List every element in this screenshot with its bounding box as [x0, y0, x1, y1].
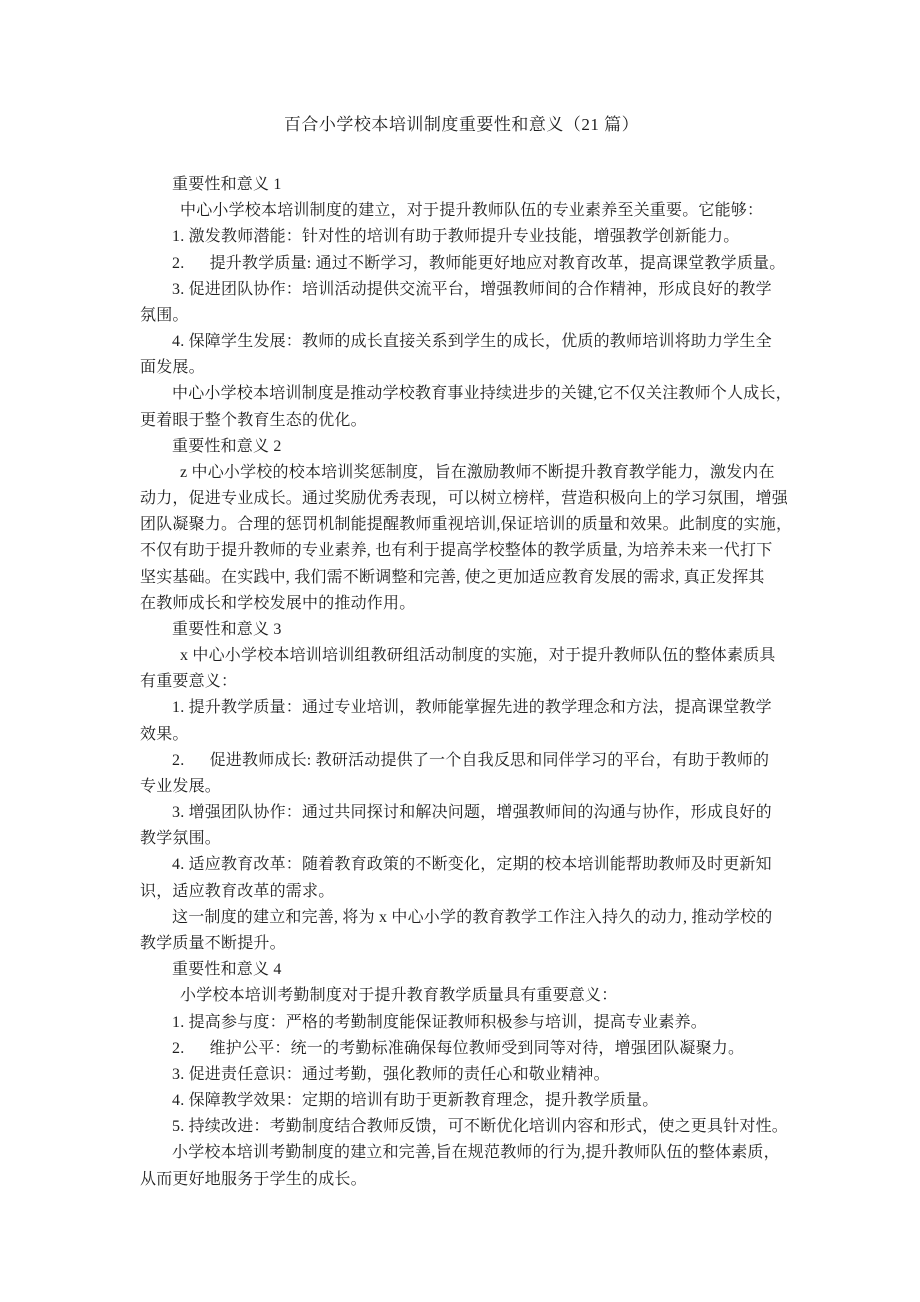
text-line[interactable]: 2. 维护公平：统一的考勤标准确保每位教师受到同等对待，增强团队凝聚力。	[140, 1036, 820, 1062]
text-line[interactable]: 专业发展。	[140, 774, 820, 800]
document-body: 重要性和意义 1中心小学校本培训制度的建立，对于提升教师队伍的专业素养至关重要。…	[140, 172, 820, 1193]
text-line[interactable]: 小学校本培训考勤制度的建立和完善,旨在规范教师的行为,提升教师队伍的整体素质，	[140, 1140, 820, 1166]
text-line[interactable]: 中心小学校本培训制度的建立，对于提升教师队伍的专业素养至关重要。它能够：	[140, 198, 820, 224]
text-line[interactable]: 1. 提高参与度：严格的考勤制度能保证教师积极参与培训，提高专业素养。	[140, 1010, 820, 1036]
document-page[interactable]: 百合小学校本培训制度重要性和意义（21 篇） 重要性和意义 1中心小学校本培训制…	[0, 0, 920, 1302]
text-line[interactable]: 2. 提升教学质量: 通过不断学习，教师能更好地应对教育改革，提高课堂教学质量。	[140, 251, 820, 277]
text-line[interactable]: 3. 促进团队协作：培训活动提供交流平台，增强教师间的合作精神，形成良好的教学	[140, 277, 820, 303]
text-line[interactable]: 4. 适应教育改革：随着教育政策的不断变化，定期的校本培训能帮助教师及时更新知	[140, 852, 820, 878]
text-line[interactable]: 动力，促进专业成长。通过奖励优秀表现，可以树立榜样，营造积极向上的学习氛围，增强	[140, 486, 820, 512]
text-line[interactable]: 团队凝聚力。合理的惩罚机制能提醒教师重视培训,保证培训的质量和效果。此制度的实施…	[140, 512, 820, 538]
text-line[interactable]: 3. 增强团队协作：通过共同探讨和解决问题，增强教师间的沟通与协作，形成良好的	[140, 800, 820, 826]
text-line[interactable]: 重要性和意义 1	[140, 172, 820, 198]
text-line[interactable]: 4. 保障教学效果：定期的培训有助于更新教育理念，提升教学质量。	[140, 1088, 820, 1114]
text-line[interactable]: 1. 激发教师潜能：针对性的培训有助于教师提升专业技能，增强教学创新能力。	[140, 224, 820, 250]
text-line[interactable]: 有重要意义：	[140, 669, 820, 695]
text-line[interactable]: 效果。	[140, 722, 820, 748]
text-line[interactable]: 3. 促进责任意识：通过考勤，强化教师的责任心和敬业精神。	[140, 1062, 820, 1088]
text-line[interactable]: 坚实基础。在实践中, 我们需不断调整和完善, 使之更加适应教育发展的需求, 真正…	[140, 565, 820, 591]
text-line[interactable]: 5. 持续改进：考勤制度结合教师反馈，可不断优化培训内容和形式，使之更具针对性。	[140, 1114, 820, 1140]
text-line[interactable]: x 中心小学校本培训培训组教研组活动制度的实施，对于提升教师队伍的整体素质具	[140, 643, 820, 669]
text-line[interactable]: 教学氛围。	[140, 826, 820, 852]
text-line[interactable]: 重要性和意义 3	[140, 617, 820, 643]
text-line[interactable]: 1. 提升教学质量：通过专业培训，教师能掌握先进的教学理念和方法，提高课堂教学	[140, 695, 820, 721]
text-line[interactable]: 2. 促进教师成长: 教研活动提供了一个自我反思和同伴学习的平台，有助于教师的	[140, 748, 820, 774]
text-line[interactable]: 更着眼于整个教育生态的优化。	[140, 408, 820, 434]
document-title[interactable]: 百合小学校本培训制度重要性和意义（21 篇）	[140, 112, 783, 138]
text-line[interactable]: 中心小学校本培训制度是推动学校教育事业持续进步的关键,它不仅关注教师个人成长，	[140, 381, 820, 407]
text-line[interactable]: 面发展。	[140, 355, 820, 381]
text-line[interactable]: 这一制度的建立和完善, 将为 x 中心小学的教育教学工作注入持久的动力, 推动学…	[140, 905, 820, 931]
text-line[interactable]: 小学校本培训考勤制度对于提升教育教学质量具有重要意义：	[140, 983, 820, 1009]
text-line[interactable]: 4. 保障学生发展：教师的成长直接关系到学生的成长，优质的教师培训将助力学生全	[140, 329, 820, 355]
text-line[interactable]: 从而更好地服务于学生的成长。	[140, 1167, 820, 1193]
text-line[interactable]: 识，适应教育改革的需求。	[140, 879, 820, 905]
text-line[interactable]: 重要性和意义 4	[140, 957, 820, 983]
text-line[interactable]: 教学质量不断提升。	[140, 931, 820, 957]
text-line[interactable]: 在教师成长和学校发展中的推动作用。	[140, 591, 820, 617]
text-line[interactable]: 重要性和意义 2	[140, 434, 820, 460]
text-line[interactable]: 不仅有助于提升教师的专业素养, 也有利于提高学校整体的教学质量, 为培养未来一代…	[140, 538, 820, 564]
text-line[interactable]: z 中心小学校的校本培训奖惩制度，旨在激励教师不断提升教育教学能力，激发内在	[140, 460, 820, 486]
text-line[interactable]: 氛围。	[140, 303, 820, 329]
